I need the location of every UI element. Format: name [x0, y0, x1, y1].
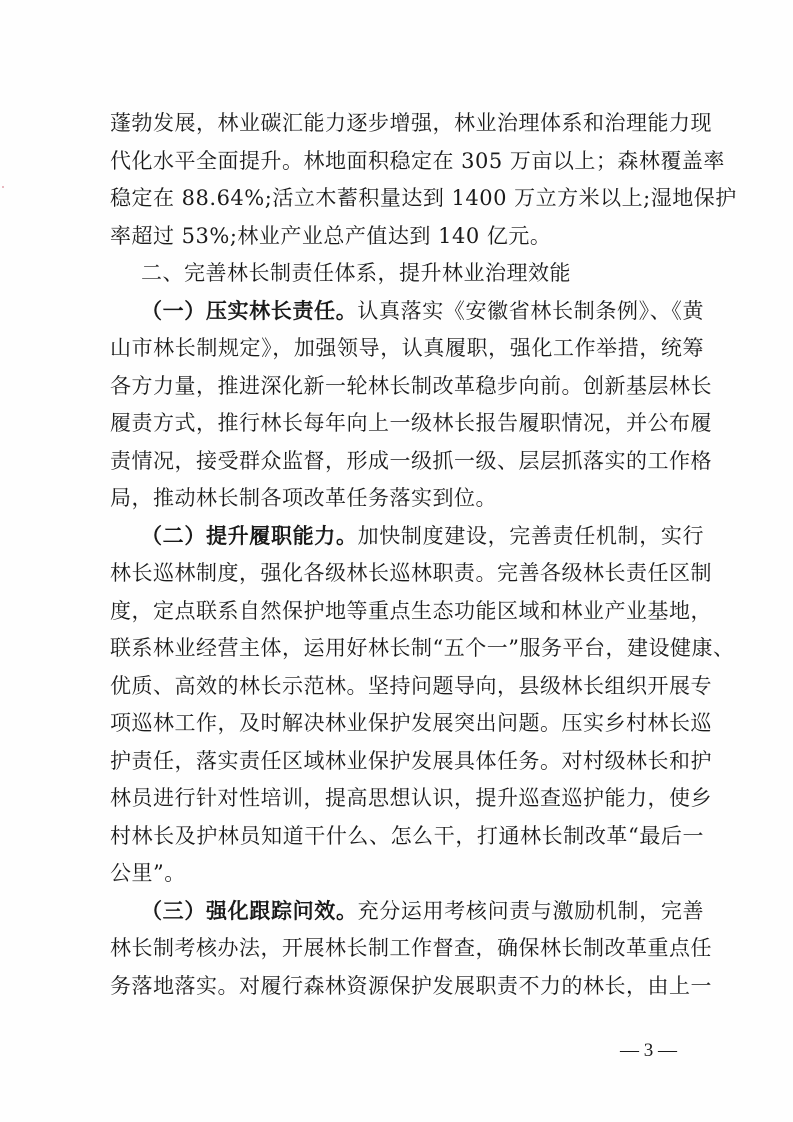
subsection-first-line: （三）强化跟踪问效。充分运用考核问责与激励机制，完善 — [141, 894, 704, 928]
subsection-title: （一）压实林长责任。 — [141, 299, 357, 323]
paragraph-line: 护责任，落实责任区域林业保护发展具体任务。对村级林长和护 — [110, 744, 704, 778]
paragraph-line: 林长制考核办法，开展林长制工作督查，确保林长制改革重点任 — [110, 931, 704, 965]
subsection-first-line: （二）提升履职能力。加快制度建设，完善责任机制，实行 — [141, 519, 704, 553]
paragraph-line: 局，推动林长制各项改革任务落实到位。 — [110, 481, 704, 515]
paragraph-line: 各方力量，推进深化新一轮林长制改革稳步向前。创新基层林长 — [110, 369, 704, 403]
paragraph-line: 山市林长制规定》，加强领导，认真履职，强化工作举措，统筹 — [110, 331, 704, 365]
scan-artifact — [2, 186, 4, 188]
page-number: — 3 — — [620, 1040, 677, 1062]
subsection-title: （三）强化跟踪问效。 — [141, 899, 358, 923]
paragraph-line: 率超过 53%;林业产业总产值达到 140 亿元。 — [110, 219, 704, 253]
paragraph-line: 责情况，接受群众监督，形成一级抓一级、层层抓落实的工作格 — [110, 444, 704, 478]
subsection-text: 认真落实《安徽省林长制条例》、《黄 — [357, 299, 704, 323]
subsection-text: 加快制度建设，完善责任机制，实行 — [358, 524, 704, 548]
paragraph-line: 蓬勃发展，林业碳汇能力逐步增强，林业治理体系和治理能力现 — [110, 106, 704, 140]
paragraph-line: 务落地落实。对履行森林资源保护发展职责不力的林长，由上一 — [110, 969, 704, 1003]
paragraph-line: 代化水平全面提升。林地面积稳定在 305 万亩以上；森林覆盖率 — [110, 144, 704, 178]
subsection-title: （二）提升履职能力。 — [141, 524, 358, 548]
paragraph-line: 优质、高效的林长示范林。坚持问题导向，县级林长组织开展专 — [110, 669, 704, 703]
subsection-text: 充分运用考核问责与激励机制，完善 — [358, 899, 704, 923]
document-page: 蓬勃发展，林业碳汇能力逐步增强，林业治理体系和治理能力现 代化水平全面提升。林地… — [0, 0, 793, 1122]
paragraph-line: 公里”。 — [110, 856, 704, 890]
paragraph-line: 度，定点联系自然保护地等重点生态功能区域和林业产业基地， — [110, 594, 704, 628]
paragraph-line: 林员进行针对性培训，提高思想认识，提升巡查巡护能力，使乡 — [110, 781, 704, 815]
paragraph-line: 履责方式，推行林长每年向上一级林长报告履职情况，并公布履 — [110, 406, 704, 440]
paragraph-line: 项巡林工作，及时解决林业保护发展突出问题。压实乡村林长巡 — [110, 706, 704, 740]
paragraph-line: 村林长及护林员知道干什么、怎么干，打通林长制改革“最后一 — [110, 819, 704, 853]
paragraph-line: 稳定在 88.64%;活立木蓄积量达到 1400 万立方米以上;湿地保护 — [110, 181, 704, 215]
paragraph-line: 林长巡林制度，强化各级林长巡林职责。完善各级林长责任区制 — [110, 556, 704, 590]
section-heading: 二、完善林长制责任体系，提升林业治理效能 — [141, 256, 704, 290]
subsection-first-line: （一）压实林长责任。认真落实《安徽省林长制条例》、《黄 — [141, 294, 704, 328]
paragraph-line: 联系林业经营主体，运用好林长制“五个一”服务平台，建设健康、 — [110, 631, 704, 665]
